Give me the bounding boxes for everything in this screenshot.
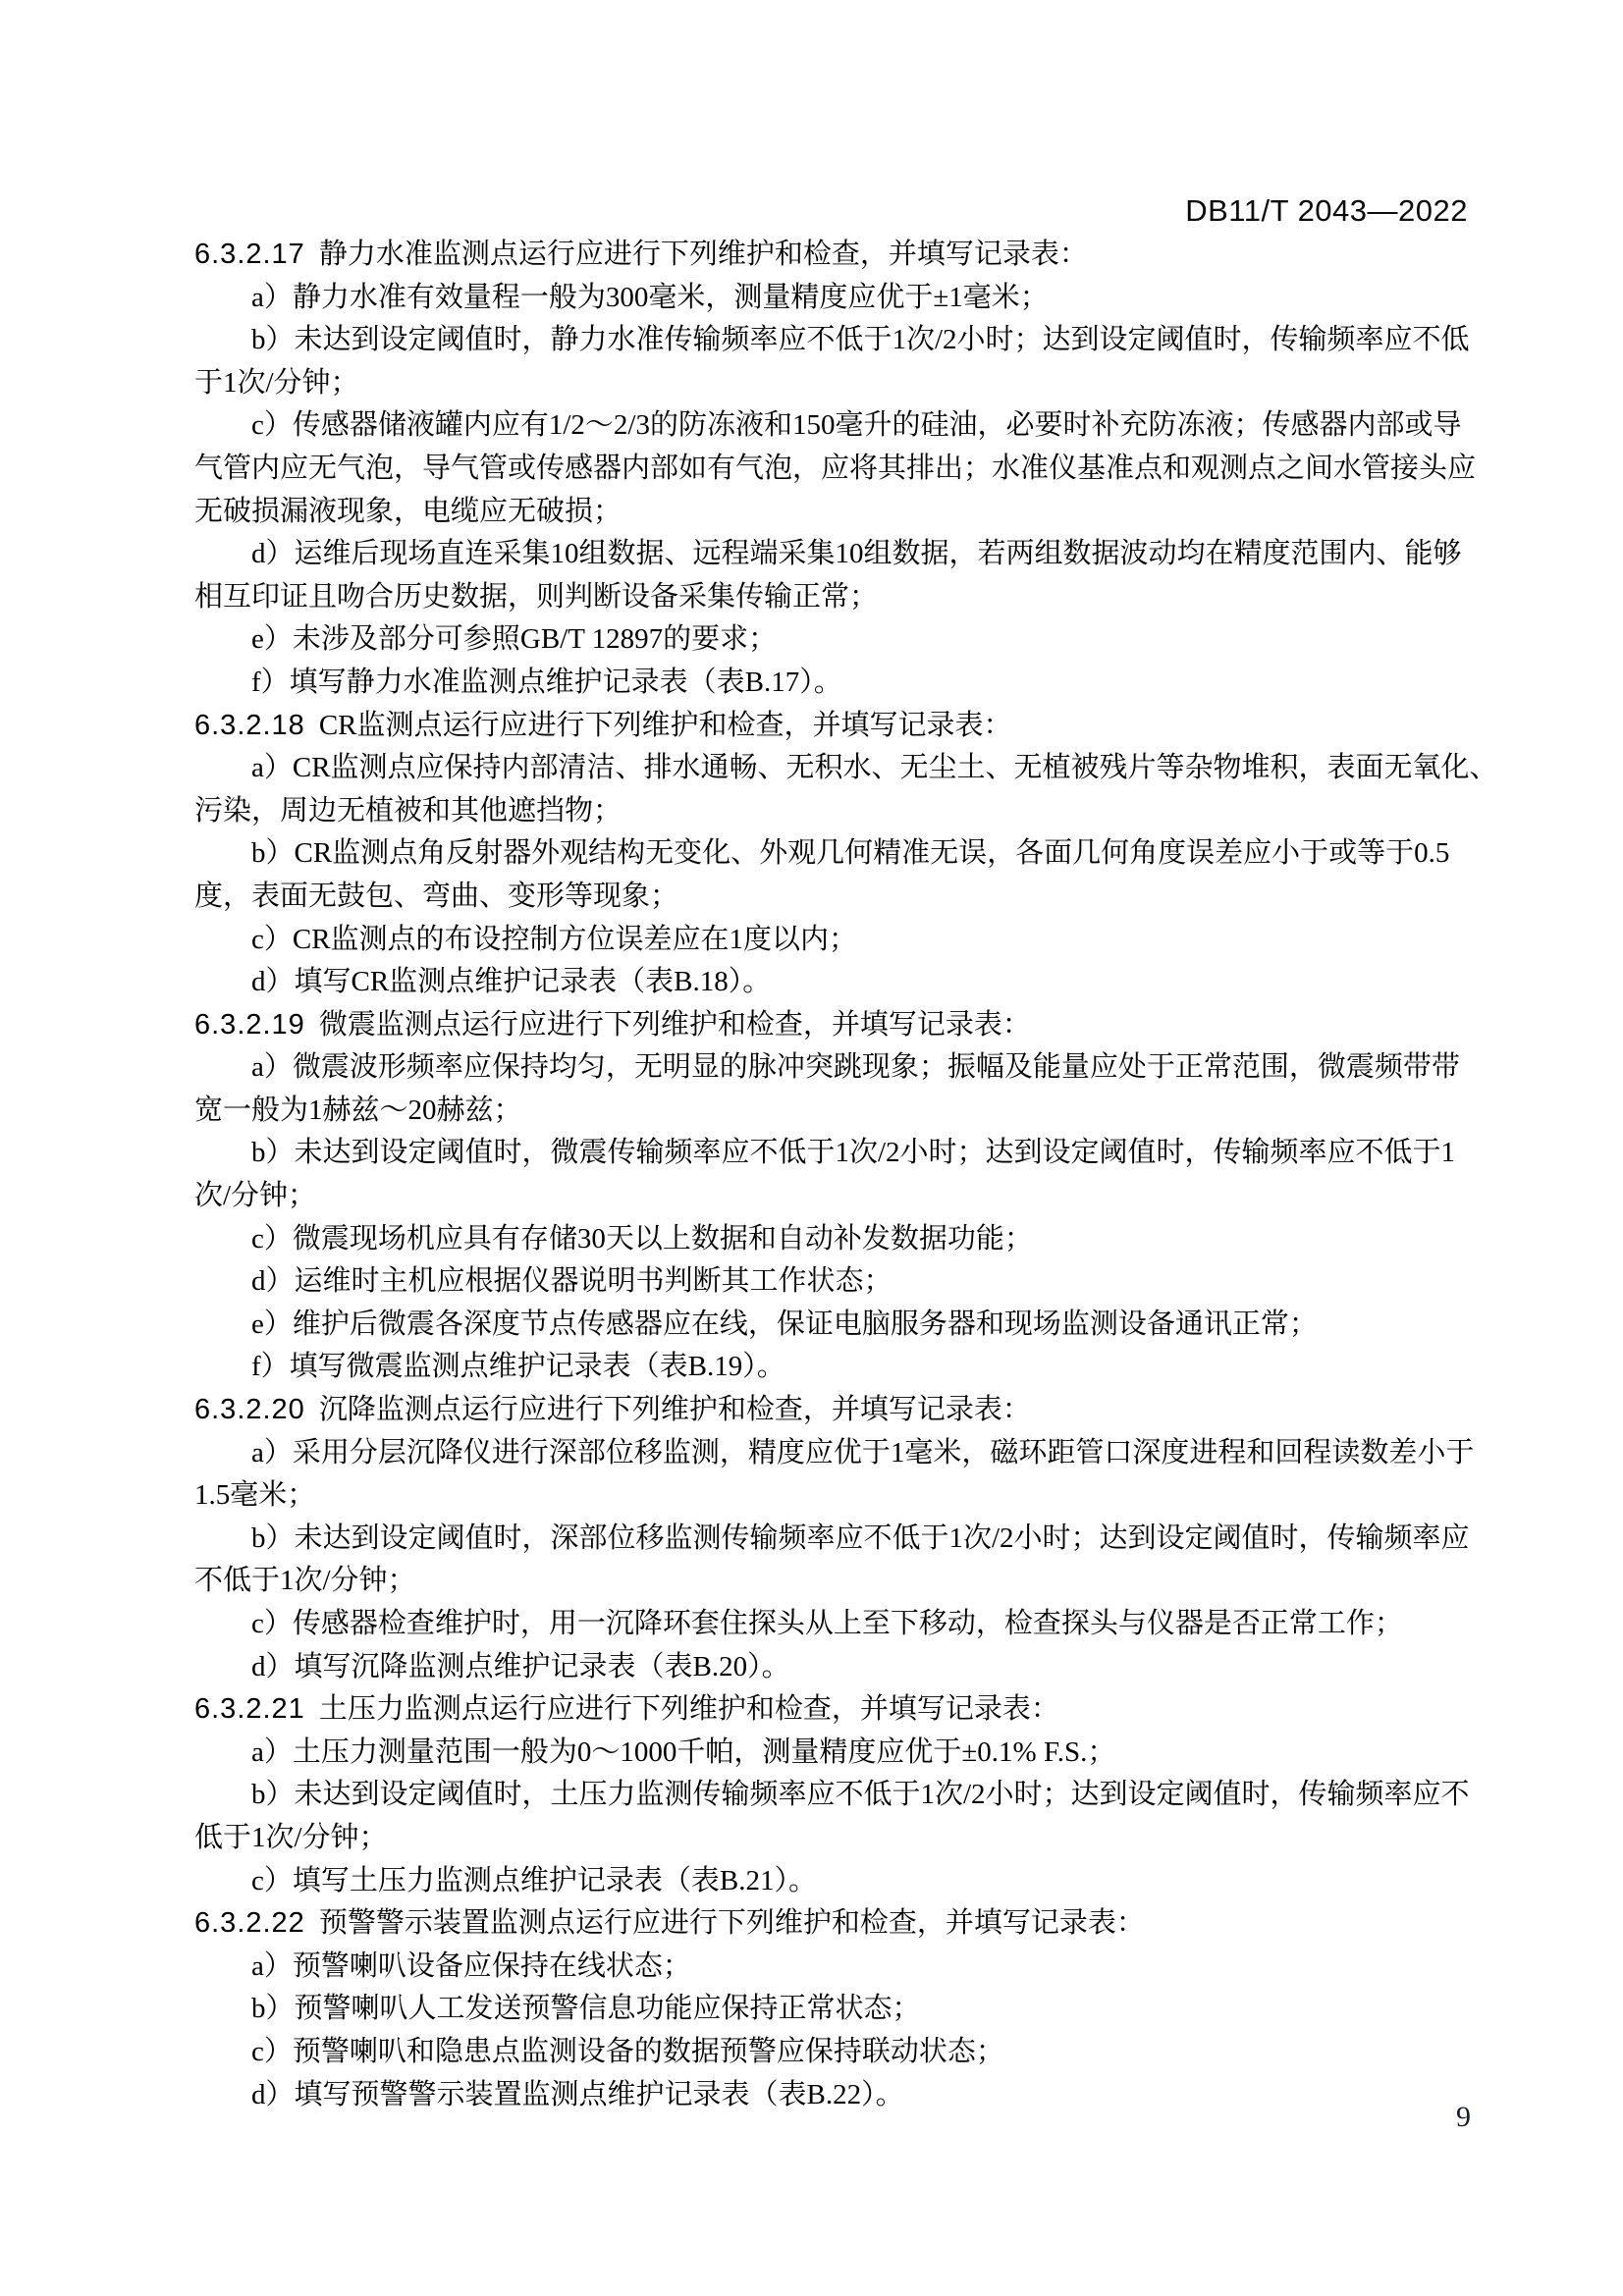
text-line: 次/分钟； <box>194 1175 1471 1218</box>
clause-number: 6.3.2.18 <box>194 710 305 741</box>
text-line: f）填写微震监测点维护记录表（表B.19）。 <box>194 1346 1471 1389</box>
clause-number: 6.3.2.20 <box>194 1394 305 1425</box>
text-line: e）维护后微震各深度节点传感器应在线，保证电脑服务器和现场监测设备通讯正常； <box>194 1304 1471 1347</box>
text-line: c）传感器检查维护时，用一沉降环套住探头从上至下移动，检查探头与仪器是否正常工作… <box>194 1603 1471 1646</box>
text-line: b）未达到设定阈值时，深部位移监测传输频率应不低于1次/2小时；达到设定阈值时，… <box>194 1518 1471 1561</box>
clause-heading-line: 6.3.2.21土压力监测点运行应进行下列维护和检查，并填写记录表： <box>194 1688 1471 1732</box>
text-line: a）静力水准有效量程一般为300毫米，测量精度应优于±1毫米； <box>194 277 1471 320</box>
text-line: 相互印证且吻合历史数据，则判断设备采集传输正常； <box>194 576 1471 619</box>
text-line: f）填写静力水准监测点维护记录表（表B.17）。 <box>194 662 1471 705</box>
text-line: 度，表面无鼓包、弯曲、变形等现象； <box>194 876 1471 919</box>
text-line: c）微震现场机应具有存储30天以上数据和自动补发数据功能； <box>194 1218 1471 1261</box>
clause-heading-line: 6.3.2.18CR监测点运行应进行下列维护和检查，并填写记录表： <box>194 705 1471 748</box>
document-body: 6.3.2.17静力水准监测点运行应进行下列维护和检查，并填写记录表：a）静力水… <box>194 234 1471 2116</box>
text-line: c）填写土压力监测点维护记录表（表B.21）。 <box>194 1860 1471 1903</box>
page-number: 9 <box>194 2101 1471 2134</box>
text-line: b）CR监测点角反射器外观结构无变化、外观几何精准无误，各面几何角度误差应小于或… <box>194 832 1471 876</box>
clause-title: CR监测点运行应进行下列维护和检查，并填写记录表： <box>319 710 1012 741</box>
clause-title: 预警警示装置监测点运行应进行下列维护和检查，并填写记录表： <box>319 1907 1145 1939</box>
text-line: 低于1次/分钟； <box>194 1817 1471 1860</box>
text-line: 无破损漏液现象，电缆应无破损； <box>194 491 1471 534</box>
clause-number: 6.3.2.19 <box>194 1009 305 1041</box>
clause-title: 土压力监测点运行应进行下列维护和检查，并填写记录表： <box>319 1693 1059 1725</box>
text-line: c）预警喇叭和隐患点监测设备的数据预警应保持联动状态； <box>194 2031 1471 2074</box>
text-line: 1.5毫米； <box>194 1474 1471 1518</box>
text-line: c）CR监测点的布设控制方位误差应在1度以内； <box>194 919 1471 962</box>
text-line: d）运维时主机应根据仪器说明书判断其工作状态； <box>194 1260 1471 1304</box>
text-line: b）未达到设定阈值时，微震传输频率应不低于1次/2小时；达到设定阈值时，传输频率… <box>194 1132 1471 1175</box>
clause-title: 沉降监测点运行应进行下列维护和检查，并填写记录表： <box>319 1394 1031 1425</box>
text-line: a）预警喇叭设备应保持在线状态； <box>194 1946 1471 1989</box>
clause-number: 6.3.2.17 <box>194 239 305 270</box>
text-line: e）未涉及部分可参照GB/T 12897的要求； <box>194 618 1471 662</box>
text-line: 宽一般为1赫兹～20赫兹； <box>194 1090 1471 1133</box>
clause-heading-line: 6.3.2.17静力水准监测点运行应进行下列维护和检查，并填写记录表： <box>194 234 1471 277</box>
text-line: a）CR监测点应保持内部清洁、排水通畅、无积水、无尘土、无植被残片等杂物堆积，表… <box>194 747 1471 790</box>
standard-code-header: DB11/T 2043—2022 <box>194 193 1468 229</box>
clause-heading-line: 6.3.2.22预警警示装置监测点运行应进行下列维护和检查，并填写记录表： <box>194 1902 1471 1946</box>
clause-number: 6.3.2.21 <box>194 1693 305 1725</box>
text-line: a）微震波形频率应保持均匀，无明显的脉冲突跳现象；振幅及能量应处于正常范围，微震… <box>194 1046 1471 1090</box>
document-page: DB11/T 2043—2022 6.3.2.17静力水准监测点运行应进行下列维… <box>0 0 1623 2296</box>
text-line: c）传感器储液罐内应有1/2～2/3的防冻液和150毫升的硅油，必要时补充防冻液… <box>194 404 1471 448</box>
text-line: b）未达到设定阈值时，静力水准传输频率应不低于1次/2小时；达到设定阈值时，传输… <box>194 319 1471 362</box>
clause-title: 微震监测点运行应进行下列维护和检查，并填写记录表： <box>319 1009 1031 1041</box>
text-line: b）预警喇叭人工发送预警信息功能应保持正常状态； <box>194 1988 1471 2031</box>
text-line: a）采用分层沉降仪进行深部位移监测，精度应优于1毫米，磁环距管口深度进程和回程读… <box>194 1432 1471 1475</box>
text-line: 于1次/分钟； <box>194 362 1471 405</box>
clause-number: 6.3.2.22 <box>194 1907 305 1939</box>
text-line: b）未达到设定阈值时，土压力监测传输频率应不低于1次/2小时；达到设定阈值时，传… <box>194 1774 1471 1817</box>
text-line: d）填写沉降监测点维护记录表（表B.20）。 <box>194 1646 1471 1689</box>
text-line: 气管内应无气泡，导气管或传感器内部如有气泡，应将其排出；水准仪基准点和观测点之间… <box>194 448 1471 491</box>
text-line: d）填写CR监测点维护记录表（表B.18）。 <box>194 961 1471 1004</box>
text-line: a）土压力测量范围一般为0～1000千帕，测量精度应优于±0.1% F.S.； <box>194 1732 1471 1775</box>
text-line: 污染，周边无植被和其他遮挡物； <box>194 790 1471 833</box>
clause-title: 静力水准监测点运行应进行下列维护和检查，并填写记录表： <box>319 239 1088 270</box>
clause-heading-line: 6.3.2.20沉降监测点运行应进行下列维护和检查，并填写记录表： <box>194 1389 1471 1432</box>
text-line: d）运维后现场直连采集10组数据、远程端采集10组数据，若两组数据波动均在精度范… <box>194 533 1471 576</box>
text-line: 不低于1次/分钟； <box>194 1560 1471 1603</box>
clause-heading-line: 6.3.2.19微震监测点运行应进行下列维护和检查，并填写记录表： <box>194 1004 1471 1047</box>
